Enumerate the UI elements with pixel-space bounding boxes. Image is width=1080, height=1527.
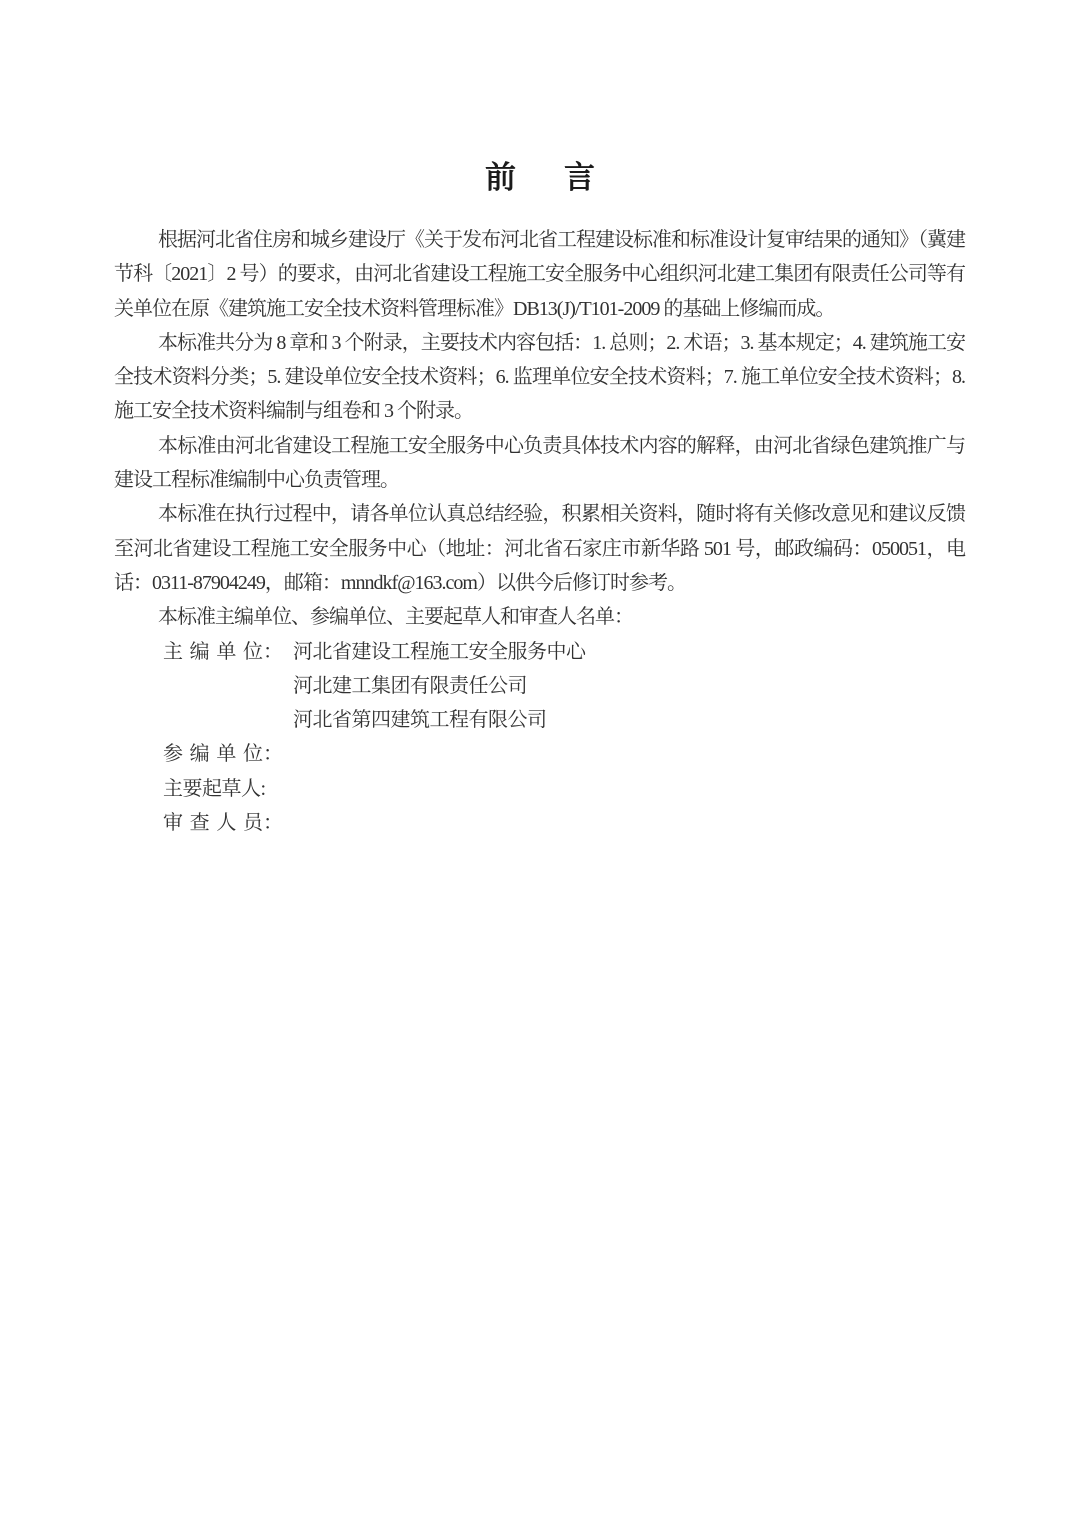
foreword-body: 根据河北省住房和城乡建设厅《关于发布河北省工程建设标准和标准设计复审结果的通知》… — [114, 223, 965, 635]
page-title-text: 前言 — [485, 160, 643, 195]
roster-label-text: 主编单位 — [163, 635, 263, 669]
page-title: 前言 — [0, 0, 1080, 194]
roster-section: 主编单位： 河北省建设工程施工安全服务中心 河北建工集团有限责任公司 河北省第四… — [163, 635, 1080, 841]
roster-value-unit: 河北省第四建筑工程有限公司 — [293, 703, 1080, 737]
roster-row-main-drafters: 主要起草人: — [163, 772, 1080, 806]
roster-label-text: 参编单位 — [163, 737, 263, 771]
roster-value-unit: 河北省建设工程施工安全服务中心 — [293, 635, 1080, 669]
roster-row-reviewers: 审查人员： — [163, 806, 1080, 840]
paragraph-interpretation: 本标准由河北省建设工程施工安全服务中心负责具体技术内容的解释，由河北省绿色建筑推… — [114, 429, 965, 498]
roster-row-participating-units: 参编单位： — [163, 737, 1080, 771]
roster-value-unit: 河北建工集团有限责任公司 — [293, 669, 1080, 703]
roster-label-chief-editor: 主编单位： — [163, 635, 293, 669]
roster-row-chief-editor-unit-3: 河北省第四建筑工程有限公司 — [163, 703, 1080, 737]
paragraph-roster-intro: 本标准主编单位、参编单位、主要起草人和审查人名单： — [114, 600, 965, 634]
roster-label-reviewers: 审查人员： — [163, 806, 293, 840]
roster-label-participating-units: 参编单位： — [163, 737, 293, 771]
roster-label-empty — [163, 703, 293, 737]
paragraph-contents: 本标准共分为 8 章和 3 个附录，主要技术内容包括：1. 总则；2. 术语；3… — [114, 326, 965, 429]
roster-row-chief-editor: 主编单位： 河北省建设工程施工安全服务中心 — [163, 635, 1080, 669]
roster-label-empty — [163, 669, 293, 703]
roster-label-colon: ： — [263, 641, 283, 663]
roster-label-colon: : — [261, 778, 267, 800]
roster-label-main-drafters: 主要起草人: — [163, 772, 293, 806]
roster-row-chief-editor-unit-2: 河北建工集团有限责任公司 — [163, 669, 1080, 703]
paragraph-basis: 根据河北省住房和城乡建设厅《关于发布河北省工程建设标准和标准设计复审结果的通知》… — [114, 223, 965, 326]
roster-label-text: 主要起草人 — [163, 772, 261, 806]
roster-label-text: 审查人员 — [163, 806, 263, 840]
document-page: 前言 根据河北省住房和城乡建设厅《关于发布河北省工程建设标准和标准设计复审结果的… — [0, 0, 1080, 1527]
roster-label-colon: ： — [263, 812, 283, 834]
roster-label-colon: ： — [263, 743, 283, 765]
paragraph-feedback: 本标准在执行过程中，请各单位认真总结经验，积累相关资料，随时将有关修改意见和建议… — [114, 497, 965, 600]
